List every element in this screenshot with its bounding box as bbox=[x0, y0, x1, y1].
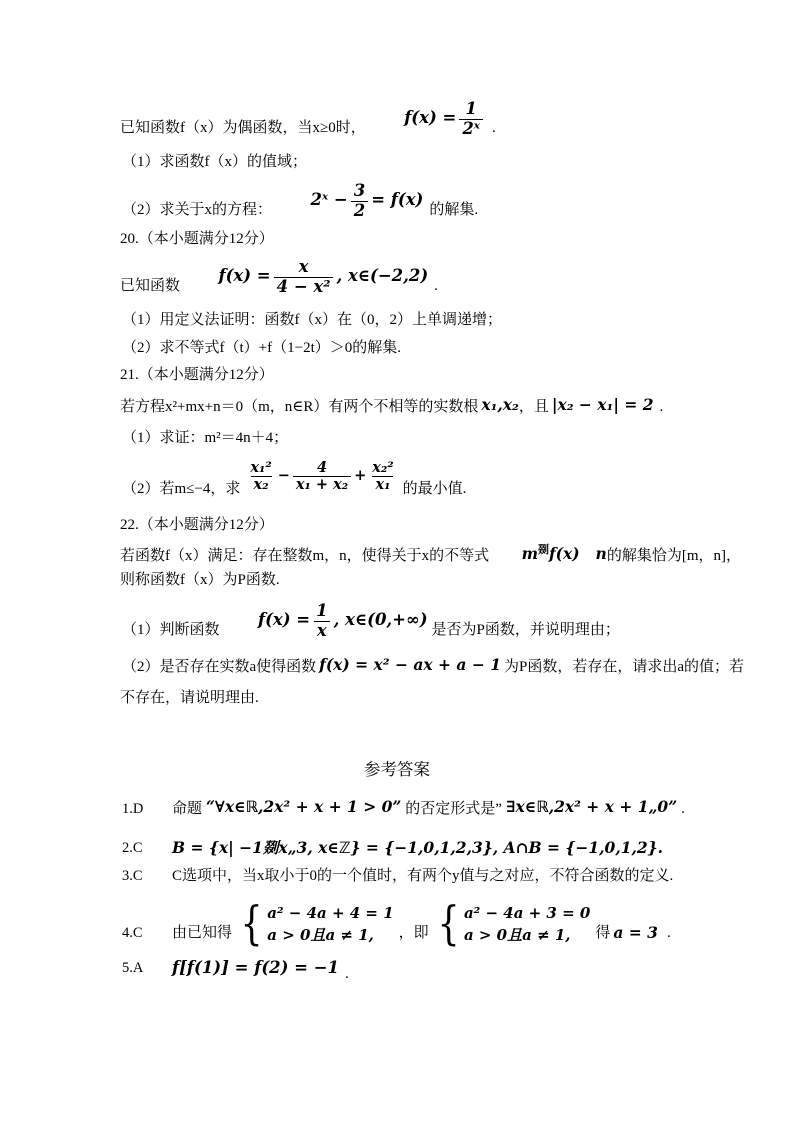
answer-number: 3.C bbox=[122, 867, 172, 885]
answer-number: 1.D bbox=[122, 800, 172, 818]
q19-formula-fx: f(x) =12ˣ bbox=[370, 80, 486, 159]
answer4-text-pre: 由已知得 bbox=[172, 924, 232, 943]
answer3-text: C选项中，当x取小于0的一个值时，有两个y值与之对应，不符合函数的定义. bbox=[172, 867, 673, 886]
q21-part2-tail: 的最小值. bbox=[403, 480, 467, 499]
q22-part1-tail: 是否为P函数，并说明理由； bbox=[432, 621, 620, 640]
q22-inequality-formula: m剟f(x)n bbox=[489, 525, 607, 583]
ineq-fx: f(x) bbox=[549, 544, 580, 563]
fraction-denominator: 2ˣ bbox=[459, 119, 483, 138]
formula-lhs: f(x) = bbox=[258, 611, 310, 630]
ineq-n: n bbox=[596, 544, 607, 563]
formula-domain: , x∈(0,+∞) bbox=[334, 611, 428, 630]
q20-intro-line: 已知函数 f(x) =x4 − x², x∈(−2,2) . bbox=[120, 252, 438, 302]
q21-intro-text: 若方程x²+mx+n＝0（m，n∈R）有两个不相等的实数根 bbox=[120, 398, 478, 417]
fraction: x₁²x₂ bbox=[247, 460, 274, 493]
answer-text-pre: 命题 bbox=[172, 800, 202, 819]
q22-part1-text: （1）判断函数 bbox=[122, 621, 220, 640]
operator-minus: − bbox=[278, 467, 290, 485]
q21-part1-line: （1）求证：m²＝4n＋4； bbox=[122, 429, 288, 448]
fraction: 12ˣ bbox=[459, 100, 483, 137]
fraction-numerator: x₂² bbox=[369, 460, 396, 476]
q20-part2-line: （2）求不等式f（t）+f（1−2t）＞0的解集. bbox=[122, 339, 401, 358]
q20-part1-text: （1）用定义法证明：函数f（x）在（0，2）上单调递增； bbox=[122, 311, 502, 330]
q19-part2-text: （2）求关于x的方程： bbox=[122, 201, 272, 220]
answer-row-1: 1.D 命题 “∀x∈ℝ,2x² + x + 1 > 0” 的否定形式是” ∃x… bbox=[122, 790, 685, 828]
fraction-numerator: x₁² bbox=[247, 460, 274, 476]
left-brace: { bbox=[437, 904, 459, 943]
q22-part2-line2: 不存在，请说明理由. bbox=[120, 689, 259, 708]
answer-period: . bbox=[345, 965, 349, 984]
answer-row-5: 5.A f[f(1)] = f(2) = −1 . bbox=[122, 953, 349, 983]
q19-intro-period: . bbox=[492, 119, 496, 138]
q19-intro-text: 已知函数f（x）为偶函数，当x≥0时， bbox=[120, 119, 366, 138]
q19-intro-line: 已知函数f（x）为偶函数，当x≥0时， f(x) =12ˣ . bbox=[120, 98, 496, 140]
fraction-numerator: 3 bbox=[351, 182, 368, 200]
q21-big-formula: x₁²x₂ − 4x₁ + x₂ + x₂²x₁ bbox=[244, 460, 399, 493]
answer-text-mid: 的否定形式是” bbox=[405, 800, 502, 819]
q20-part2-text: （2）求不等式f（t）+f（1−2t）＞0的解集. bbox=[122, 339, 401, 358]
q22-formula-reciprocal: f(x) =1x, x∈(0,+∞) bbox=[224, 582, 428, 661]
case-row: a > 0且a ≠ 1, bbox=[267, 926, 393, 945]
fraction-denominator: 4 − x² bbox=[274, 277, 334, 296]
formula-rhs: = f(x) bbox=[371, 191, 423, 210]
q21-intro-line: 若方程x²+mx+n＝0（m，n∈R）有两个不相等的实数根 x₁,x₂ ，且 |… bbox=[120, 392, 663, 422]
operator-plus: + bbox=[354, 467, 366, 485]
fraction: x₂²x₁ bbox=[369, 460, 396, 493]
q22-part2-text2: 不存在，请说明理由. bbox=[120, 689, 259, 708]
case-row: a² − 4a + 4 = 1 bbox=[267, 904, 393, 923]
answer5-formula: f[f(1)] = f(2) = −1 bbox=[172, 958, 339, 979]
q21-header-line: 21.（本小题满分12分） bbox=[120, 366, 274, 385]
q22-header: 22.（本小题满分12分） bbox=[120, 516, 274, 535]
formula-lhs: f(x) = bbox=[218, 267, 270, 286]
q21-roots-formula: x₁,x₂ bbox=[481, 395, 518, 414]
formula-domain: , x∈(−2,2) bbox=[336, 267, 428, 286]
fraction: 32 bbox=[351, 182, 368, 219]
q21-header: 21.（本小题满分12分） bbox=[120, 366, 274, 385]
fraction-denominator: x₁ bbox=[372, 476, 393, 493]
answers-title-line: 参考答案 bbox=[0, 760, 794, 781]
case-row: a > 0且a ≠ 1, bbox=[464, 926, 590, 945]
q22-part2-text: （2）是否存在实数a使得函数 bbox=[122, 658, 316, 677]
fraction: 1x bbox=[313, 602, 330, 639]
answer4-cases-2: { a² − 4a + 3 = 0 a > 0且a ≠ 1, bbox=[434, 904, 591, 945]
answer4-result-formula: a = 3 bbox=[613, 923, 658, 942]
q21-intro-mid: ，且 bbox=[519, 398, 549, 417]
answer4-text-post: 得 bbox=[595, 924, 610, 943]
q20-formula-fx: f(x) =x4 − x², x∈(−2,2) bbox=[184, 238, 428, 317]
answer-period: . bbox=[667, 924, 671, 943]
fraction-denominator: x bbox=[314, 621, 330, 640]
q22-intro-tail: 的解集恰为[m，n]， bbox=[607, 547, 741, 566]
exam-document-page: 已知函数f（x）为偶函数，当x≥0时， f(x) =12ˣ . （1）求函数f（… bbox=[0, 0, 794, 1123]
q22-part2-tail: 为P函数，若存在，请求出a的值；若 bbox=[504, 658, 744, 677]
answer1-formula-negation: ∃x∈ℝ,2x² + x + 1„0” bbox=[506, 797, 677, 816]
q20-part1-line: （1）用定义法证明：函数f（x）在（0，2）上单调递增； bbox=[122, 311, 502, 330]
q21-abs-formula: |x₂ − x₁| = 2 bbox=[552, 395, 654, 414]
answer-row-4: 4.C 由已知得 { a² − 4a + 4 = 1 a > 0且a ≠ 1, … bbox=[122, 893, 671, 955]
answer-period: . bbox=[681, 800, 685, 819]
fraction-denominator: 2 bbox=[351, 201, 368, 220]
answer4-cases-1: { a² − 4a + 4 = 1 a > 0且a ≠ 1, bbox=[237, 904, 394, 945]
q22-part2-line1: （2）是否存在实数a使得函数 f(x) = x² − ax + a − 1 为P… bbox=[122, 652, 744, 682]
q21-part2-line: （2）若m≤−4，求 x₁²x₂ − 4x₁ + x₂ + x₂²x₁ 的最小值… bbox=[122, 448, 466, 504]
q21-part1-text: （1）求证：m²＝4n＋4； bbox=[122, 429, 288, 448]
answer-number: 4.C bbox=[122, 924, 172, 942]
answer-row-2: 2.C B = {x| −1剟x„3, x∈ℤ} = {−1,0,1,2,3},… bbox=[122, 833, 663, 863]
q22-intro-line1: 若函数f（x）满足：存在整数m，n，使得关于x的不等式 m剟f(x)n 的解集恰… bbox=[120, 540, 741, 572]
left-brace: { bbox=[241, 904, 263, 943]
answer4-text-mid: ，即 bbox=[399, 924, 429, 943]
answer1-formula-statement: “∀x∈ℝ,2x² + x + 1 > 0” bbox=[206, 797, 401, 816]
case-row: a² − 4a + 3 = 0 bbox=[464, 904, 590, 923]
ineq-m: m bbox=[522, 544, 538, 563]
q20-intro-text: 已知函数 bbox=[120, 277, 180, 296]
q21-part2-text: （2）若m≤−4，求 bbox=[122, 480, 240, 499]
formula-lhs: 2ˣ − bbox=[310, 191, 347, 210]
q19-part2-tail: 的解集. bbox=[429, 201, 478, 220]
answers-title: 参考答案 bbox=[364, 760, 430, 781]
ineq-garbled-leq: 剟 bbox=[538, 543, 549, 556]
q22-part1-line: （1）判断函数 f(x) =1x, x∈(0,+∞) 是否为P函数，并说明理由； bbox=[122, 598, 620, 644]
fraction-numerator: 1 bbox=[313, 602, 330, 620]
fraction: x4 − x² bbox=[274, 258, 334, 295]
answer-number: 5.A bbox=[122, 959, 172, 977]
fraction-denominator: x₁ + x₂ bbox=[293, 476, 351, 493]
q19-part2-line: （2）求关于x的方程： 2ˣ −32= f(x) 的解集. bbox=[122, 178, 478, 224]
q22-formula-quadratic: f(x) = x² − ax + a − 1 bbox=[319, 655, 501, 674]
q19-formula-equation: 2ˣ −32= f(x) bbox=[276, 162, 423, 241]
q20-intro-period: . bbox=[434, 277, 438, 296]
fraction-numerator: 4 bbox=[314, 460, 330, 476]
q22-header-line: 22.（本小题满分12分） bbox=[120, 516, 274, 535]
fraction: 4x₁ + x₂ bbox=[293, 460, 351, 493]
q21-intro-period: . bbox=[660, 398, 664, 417]
fraction-numerator: 1 bbox=[462, 100, 479, 118]
formula-lhs: f(x) = bbox=[404, 109, 456, 128]
q22-intro-text: 若函数f（x）满足：存在整数m，n，使得关于x的不等式 bbox=[120, 547, 489, 566]
answer-row-3: 3.C C选项中，当x取小于0的一个值时，有两个y值与之对应，不符合函数的定义. bbox=[122, 867, 673, 886]
answer-number: 2.C bbox=[122, 839, 172, 857]
fraction-denominator: x₂ bbox=[251, 476, 272, 493]
answer2-formula-sets: B = {x| −1剟x„3, x∈ℤ} = {−1,0,1,2,3}, A∩B… bbox=[172, 838, 663, 857]
fraction-numerator: x bbox=[296, 258, 312, 276]
